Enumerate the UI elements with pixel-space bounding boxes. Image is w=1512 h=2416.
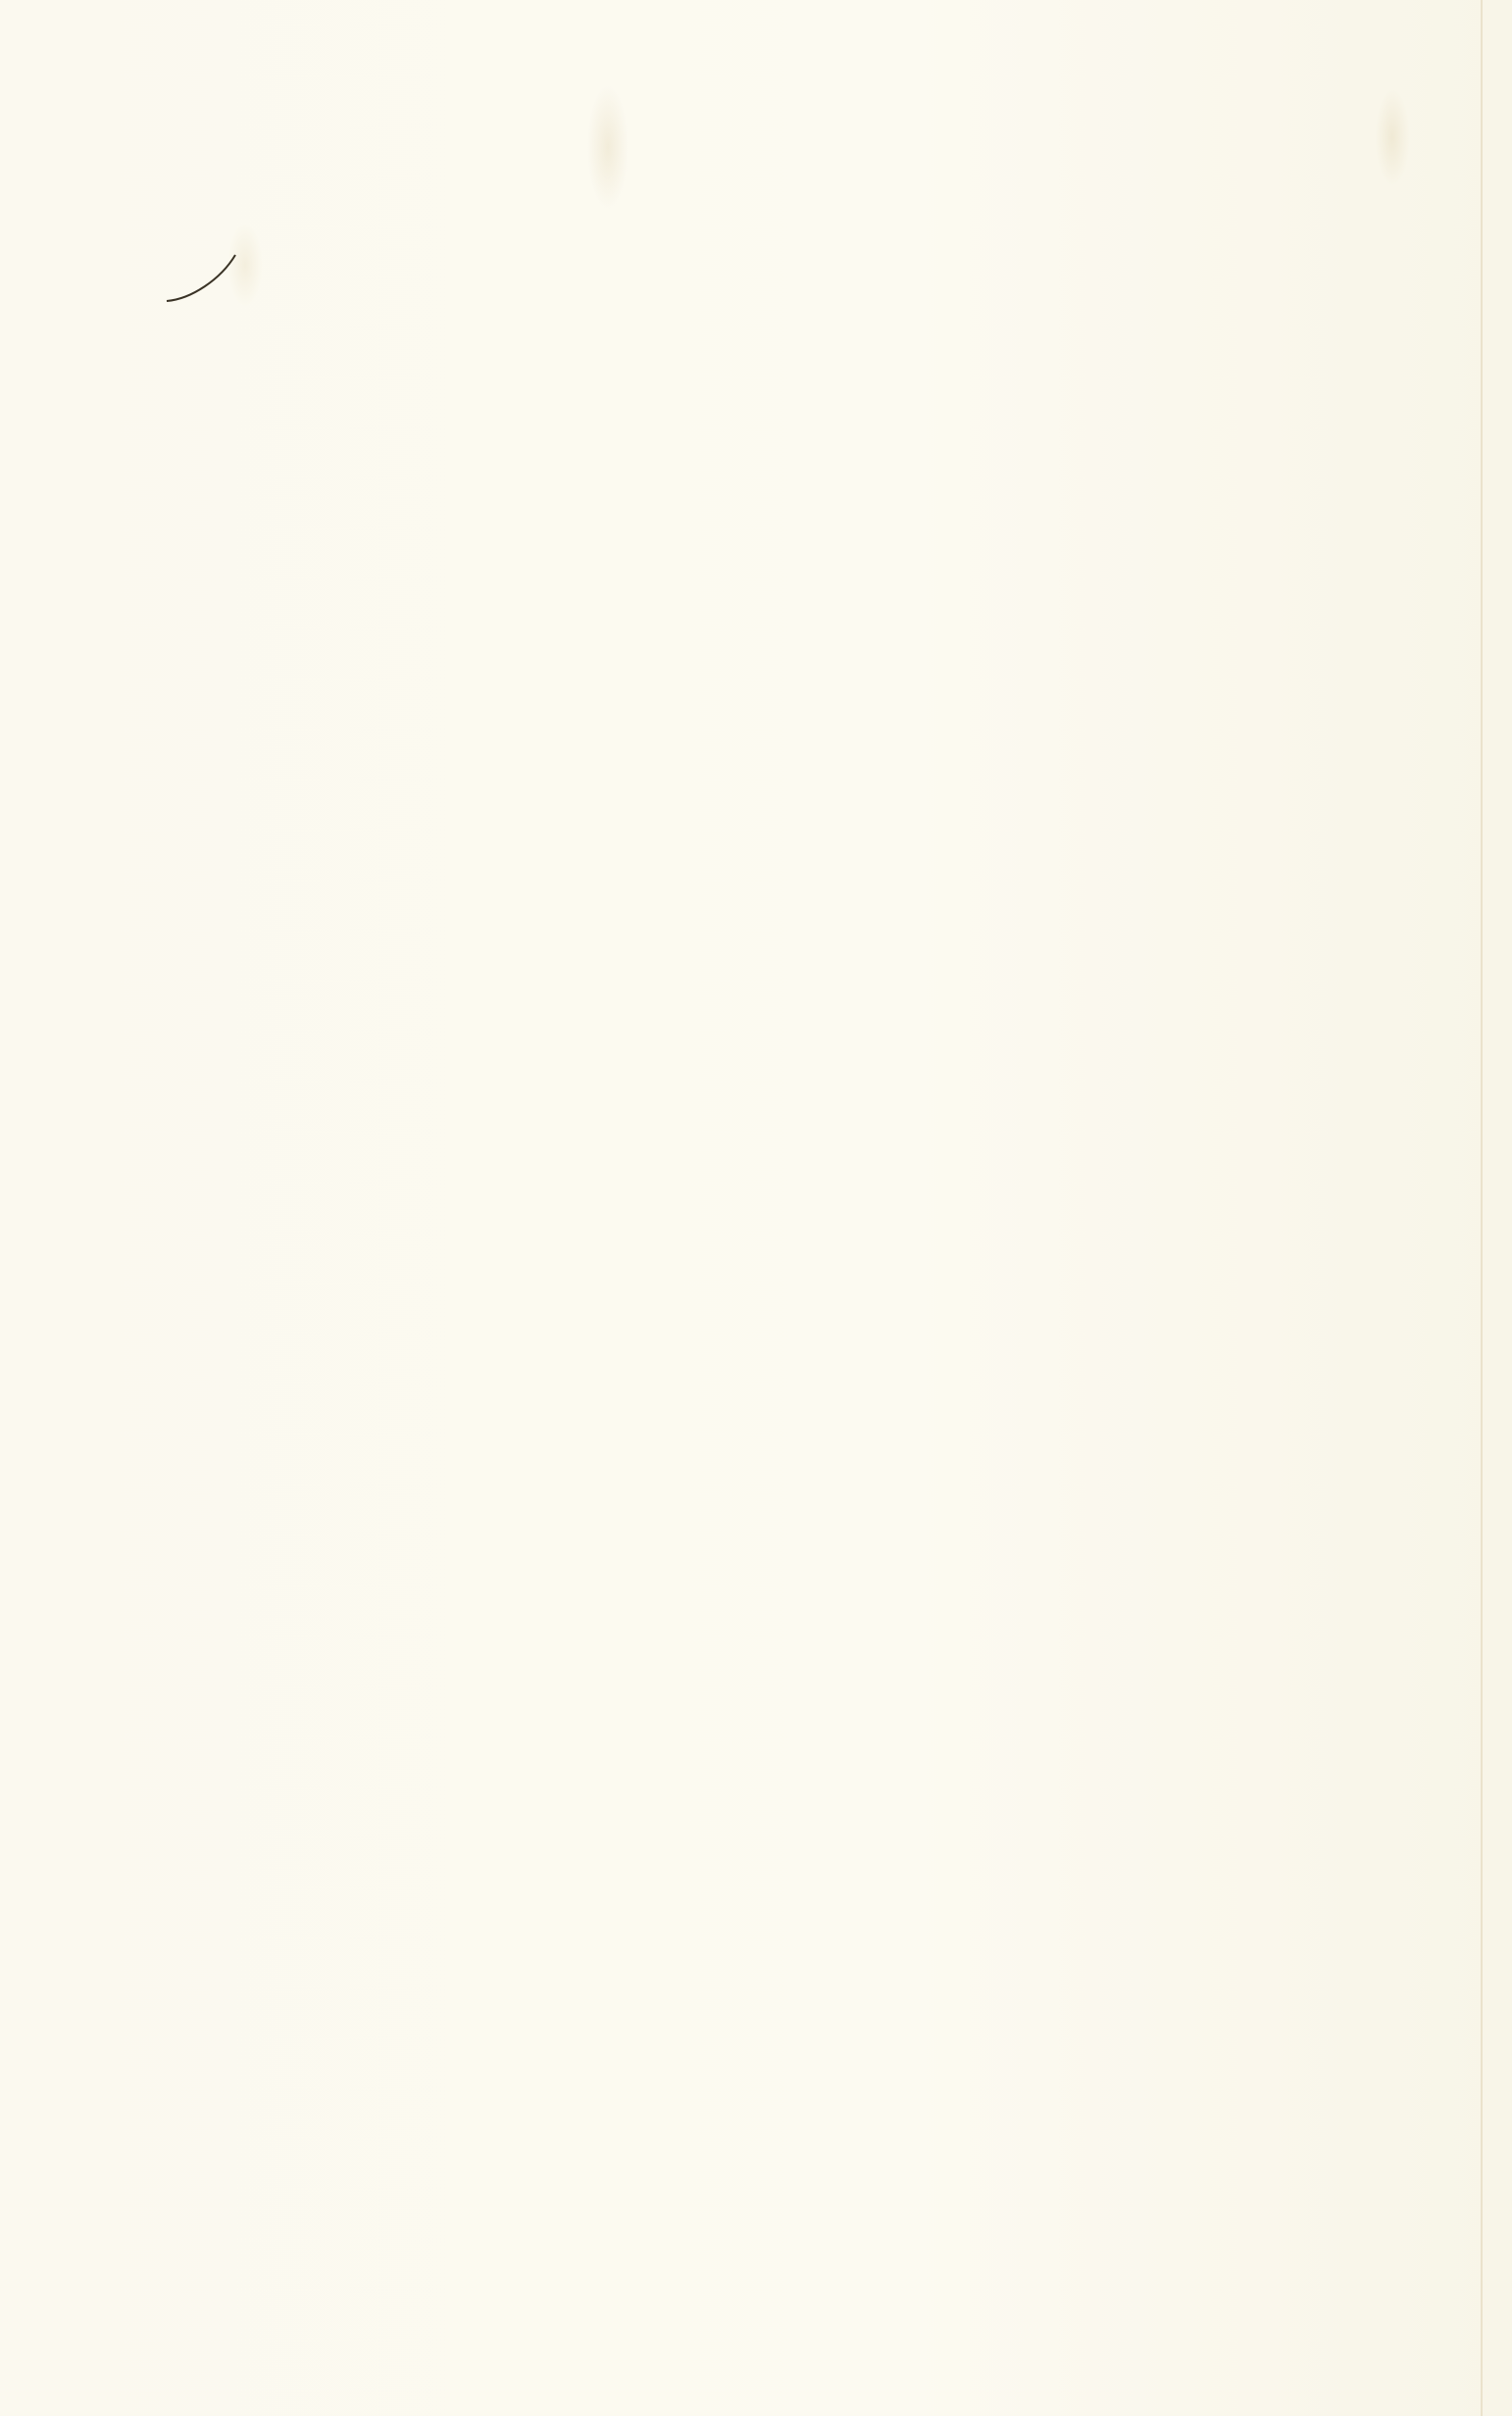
document-page	[0, 0, 1512, 2416]
paper-edge	[1481, 0, 1483, 2416]
leading-flourish-icon	[162, 250, 240, 309]
